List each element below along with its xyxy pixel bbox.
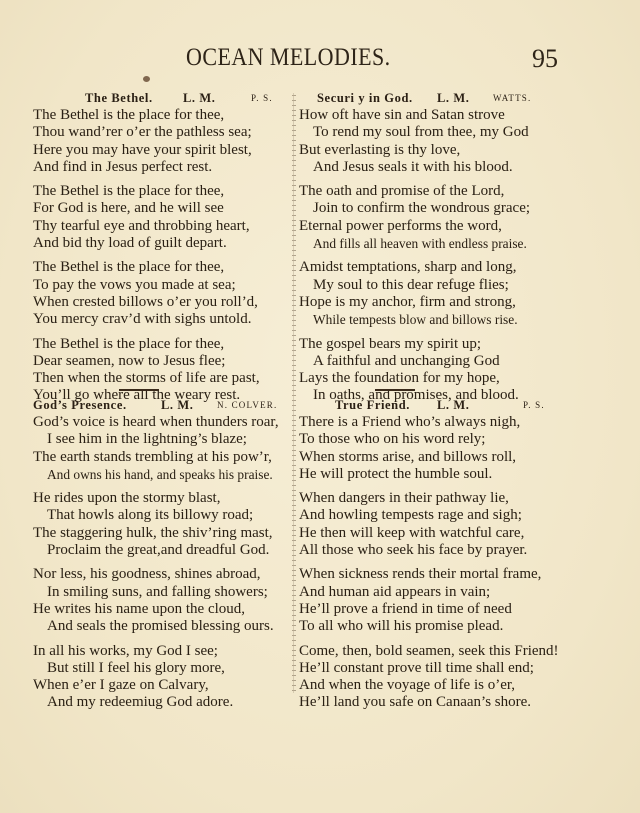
- stanza: The oath and promise of the Lord, Join t…: [299, 183, 561, 252]
- hymn-true-friend: True Friend. L. M. P. S. There is a Frie…: [299, 398, 561, 719]
- verse-line: He’ll land you safe on Canaan’s shore.: [299, 694, 561, 711]
- verse-line: He’ll prove a friend in time of need: [299, 601, 561, 618]
- stanza: The Bethel is the place for thee, Thou w…: [33, 107, 295, 176]
- verse-line: Thou wand’rer o’er the pathless sea;: [33, 124, 295, 141]
- hymn-gods-presence: God’s Presence. L. M. N. COLVER. God’s v…: [33, 398, 295, 719]
- verse-line: Then when the storms of life are past,: [33, 370, 295, 387]
- hymn-title: Securi y in God.: [317, 91, 413, 106]
- verse-line: The Bethel is the place for thee,: [33, 107, 295, 124]
- verse-line: But still I feel his glory more,: [33, 660, 295, 677]
- verse-line: And human aid appears in vain;: [299, 584, 561, 601]
- verse-line: While tempests blow and billows rise.: [299, 311, 561, 328]
- verse-line: Here you may have your spirit blest,: [33, 142, 295, 159]
- ink-blot: [143, 76, 150, 82]
- hymn-author: P. S.: [251, 93, 273, 103]
- verse-line: He rides upon the stormy blast,: [33, 490, 295, 507]
- verse-line: Join to confirm the wondrous grace;: [299, 200, 561, 217]
- stanza: In all his works, my God I see; But stil…: [33, 643, 295, 712]
- verse-line: The Bethel is the place for thee,: [33, 183, 295, 200]
- verse-line: He’ll constant prove till time shall end…: [299, 660, 561, 677]
- stanza: How oft have sin and Satan strove To ren…: [299, 107, 561, 176]
- verse-line: Lays the foundation for my hope,: [299, 370, 561, 387]
- verse-line: And find in Jesus perfect rest.: [33, 159, 295, 176]
- verse-line: Hope is my anchor, firm and strong,: [299, 294, 561, 311]
- hymn-meter: L. M.: [183, 91, 216, 106]
- page-number: 95: [532, 44, 558, 74]
- stanza: Nor less, his goodness, shines abroad, I…: [33, 566, 295, 635]
- running-title: OCEAN MELODIES.: [186, 44, 391, 72]
- verse-line: When e’er I gaze on Calvary,: [33, 677, 295, 694]
- verse-line: When crested billows o’er you roll’d,: [33, 294, 295, 311]
- running-head: OCEAN MELODIES. 95: [0, 44, 640, 76]
- verse-line: Come, then, bold seamen, seek this Frien…: [299, 643, 561, 660]
- stanza: The Bethel is the place for thee, For Go…: [33, 183, 295, 252]
- stanza: Come, then, bold seamen, seek this Frien…: [299, 643, 561, 712]
- verse-line: God’s voice is heard when thunders roar,: [33, 414, 295, 431]
- verse-line: In all his works, my God I see;: [33, 643, 295, 660]
- stanza: There is a Friend who’s always nigh, To …: [299, 414, 561, 483]
- verse-line: And seals the promised blessing ours.: [33, 618, 295, 635]
- verse-line: In smiling suns, and falling showers;: [33, 584, 295, 601]
- verse-line: That howls along its billowy road;: [33, 507, 295, 524]
- verse-line: Nor less, his goodness, shines abroad,: [33, 566, 295, 583]
- hymn-author: N. COLVER.: [217, 400, 277, 410]
- verse-line: You mercy crav’d with sighs untold.: [33, 311, 295, 328]
- verse-line: The gospel bears my spirit up;: [299, 336, 561, 353]
- hymn-title: True Friend.: [335, 398, 410, 413]
- verse-line: To rend my soul from thee, my God: [299, 124, 561, 141]
- verse-line: When storms arise, and billows roll,: [299, 449, 561, 466]
- verse-line: The Bethel is the place for thee,: [33, 336, 295, 353]
- verse-line: When dangers in their pathway lie,: [299, 490, 561, 507]
- hymn-heading: Securi y in God. L. M. WATTS.: [299, 91, 561, 107]
- stanza: God’s voice is heard when thunders roar,…: [33, 414, 295, 483]
- hymn-heading: True Friend. L. M. P. S.: [299, 398, 561, 414]
- verse-line: And bid thy load of guilt depart.: [33, 235, 295, 252]
- verse-line: The oath and promise of the Lord,: [299, 183, 561, 200]
- hymn-meter: L. M.: [161, 398, 194, 413]
- verse-line: Amidst temptations, sharp and long,: [299, 259, 561, 276]
- stanza: When dangers in their pathway lie, And h…: [299, 490, 561, 559]
- verse-line: To those who on his word rely;: [299, 431, 561, 448]
- verse-line: He then will keep with watchful care,: [299, 525, 561, 542]
- stanza: The gospel bears my spirit up; A faithfu…: [299, 336, 561, 405]
- hymn-heading: The Bethel. L. M. P. S.: [33, 91, 295, 107]
- verse-line: I see him in the lightning’s blaze;: [33, 431, 295, 448]
- verse-line: And Jesus seals it with his blood.: [299, 159, 561, 176]
- stanza: When sickness rends their mortal frame, …: [299, 566, 561, 635]
- hymn-security-in-god: Securi y in God. L. M. WATTS. How oft ha…: [299, 91, 561, 412]
- verse-line: When sickness rends their mortal frame,: [299, 566, 561, 583]
- verse-line: And my redeemiug God adore.: [33, 694, 295, 711]
- verse-line: There is a Friend who’s always nigh,: [299, 414, 561, 431]
- verse-line: To pay the vows you made at sea;: [33, 277, 295, 294]
- verse-line: To all who will his promise plead.: [299, 618, 561, 635]
- verse-line: For God is here, and he will see: [33, 200, 295, 217]
- hymn-the-bethel: The Bethel. L. M. P. S. The Bethel is th…: [33, 91, 295, 412]
- verse-line: And fills all heaven with endless praise…: [299, 235, 561, 252]
- verse-line: And when the voyage of life is o’er,: [299, 677, 561, 694]
- hymn-heading: God’s Presence. L. M. N. COLVER.: [33, 398, 295, 414]
- hymn-title: The Bethel.: [85, 91, 153, 106]
- hymn-author: P. S.: [523, 400, 545, 410]
- verse-line: Thy tearful eye and throbbing heart,: [33, 218, 295, 235]
- hymn-title: God’s Presence.: [33, 398, 127, 413]
- section-separator: [375, 389, 415, 391]
- section-separator: [119, 389, 159, 391]
- verse-line: The Bethel is the place for thee,: [33, 259, 295, 276]
- hymn-meter: L. M.: [437, 398, 470, 413]
- verse-line: Eternal power performs the word,: [299, 218, 561, 235]
- verse-line: How oft have sin and Satan strove: [299, 107, 561, 124]
- verse-line: Proclaim the great,and dreadful God.: [33, 542, 295, 559]
- verse-line: He writes his name upon the cloud,: [33, 601, 295, 618]
- verse-line: My soul to this dear refuge flies;: [299, 277, 561, 294]
- stanza: He rides upon the stormy blast, That how…: [33, 490, 295, 559]
- hymn-author: WATTS.: [493, 93, 531, 103]
- verse-line: The staggering hulk, the shiv’ring mast,: [33, 525, 295, 542]
- verse-line: And owns his hand, and speaks his praise…: [33, 466, 295, 483]
- verse-line: He will protect the humble soul.: [299, 466, 561, 483]
- verse-line: All those who seek his face by prayer.: [299, 542, 561, 559]
- verse-line: The earth stands trembling at his pow’r,: [33, 449, 295, 466]
- verse-line: Dear seamen, now to Jesus flee;: [33, 353, 295, 370]
- verse-line: A faithful and unchanging God: [299, 353, 561, 370]
- stanza: The Bethel is the place for thee, Dear s…: [33, 336, 295, 405]
- verse-line: And howling tempests rage and sigh;: [299, 507, 561, 524]
- hymn-meter: L. M.: [437, 91, 470, 106]
- stanza: The Bethel is the place for thee, To pay…: [33, 259, 295, 328]
- stanza: Amidst temptations, sharp and long, My s…: [299, 259, 561, 328]
- verse-line: But everlasting is thy love,: [299, 142, 561, 159]
